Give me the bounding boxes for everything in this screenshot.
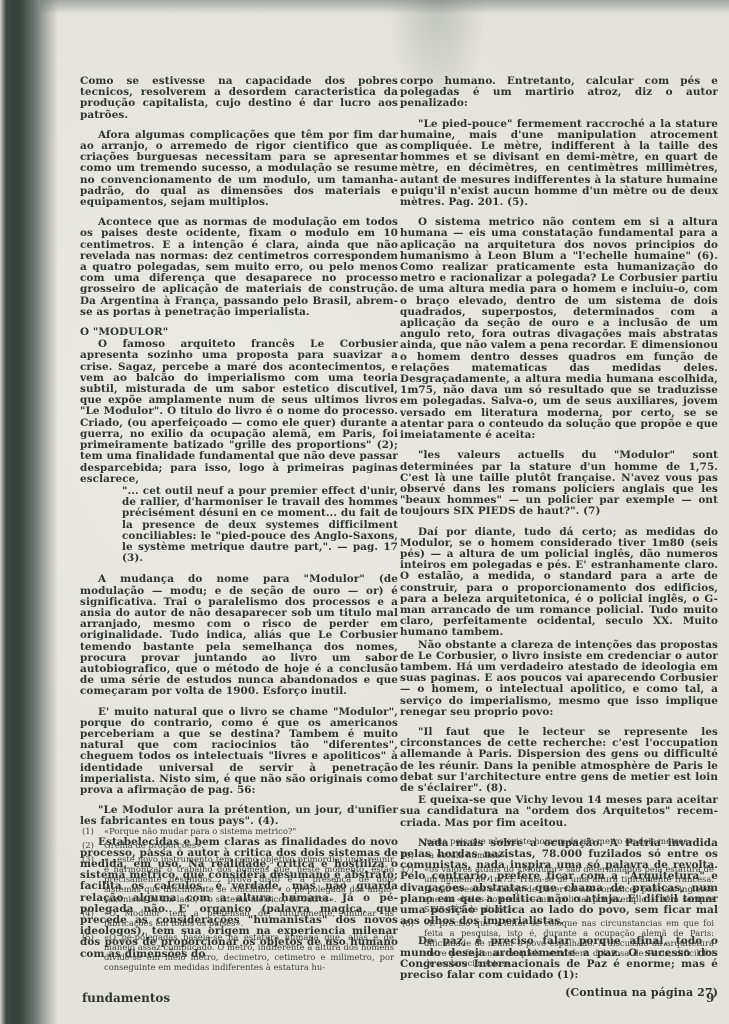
block-quote: "... cet outil neuf a pour premier effec… — [122, 486, 398, 564]
paragraph: O famoso arquiteto francês Le Corbusier … — [80, 339, 398, 485]
paragraph: A mudança do nome para "Modulor" (de mod… — [80, 574, 398, 697]
paragraph: Não obstante a clareza de intenções das … — [400, 640, 718, 718]
paragraph: Como se estivesse na capacidade dos pobr… — [80, 76, 398, 121]
footnotes-right: mana pois que não existe homem de um met… — [402, 836, 714, 972]
paragraph: Daí por diante, tudo dá certo; as medida… — [400, 527, 718, 639]
footnote-continuation: mana pois que não existe homem de um met… — [402, 836, 714, 846]
footnote-text: «...este novo instrumento tem como objet… — [104, 854, 394, 904]
footnote-text: Grelha de proporções». — [104, 840, 394, 850]
footnote-text: «O pé-polegadas baseia-se na estatura hu… — [104, 932, 394, 972]
footnote: (7) «os valores atuais do «Modulor» são … — [402, 864, 714, 914]
block-quote: "Il faut que le lecteur se represente le… — [400, 727, 718, 794]
section-heading: O "MODULOR" — [80, 327, 398, 338]
paragraph: Afora algumas complicações que têm por f… — [80, 130, 398, 208]
publication-name: fundamentos — [82, 991, 170, 1005]
footnote-text: «a escala humana». — [424, 850, 714, 860]
footnote-number: (4) — [82, 908, 104, 928]
footnote-number: (8) — [402, 918, 424, 968]
footnote-number: (2) — [82, 840, 104, 850]
paragraph: O sistema metrico não contem em si a alt… — [400, 217, 718, 441]
paragraph: Acontece que as normas de modulação em t… — [80, 217, 398, 318]
paragraph: E' muito natural que o livro se chame "M… — [80, 707, 398, 797]
footnote: (1) «Porque não mudar para o sistema met… — [82, 826, 394, 836]
footnote: (6) «a escala humana». — [402, 850, 714, 860]
footnote-number: (6) — [402, 850, 424, 860]
binding-shadow — [0, 0, 58, 1024]
footnote-number: (1) — [82, 826, 104, 836]
footnote: (2) Grelha de proporções». — [82, 840, 394, 850]
footnote-text: «É preciso que o leitor se coloque nas c… — [424, 918, 714, 968]
block-quote: "Le Modulor aura la prétention, un jour,… — [80, 805, 398, 827]
footnote-number: (3) — [82, 854, 104, 904]
block-quote: "Le pied-pouce" fermement raccroché a la… — [400, 119, 718, 209]
footnote: (4) «O Modulor tem a pretensão de, futur… — [82, 908, 394, 928]
footnotes-left: (1) «Porque não mudar para o sistema met… — [82, 826, 394, 976]
footnote-number: (5) — [82, 932, 104, 972]
paragraph: E queixa-se que Vichy levou 14 meses par… — [400, 795, 718, 829]
continued-on-page: (Continua na página 27) — [400, 987, 718, 998]
footnote: (8) «É preciso que o leitor se coloque n… — [402, 918, 714, 968]
page-number: 9 — [706, 991, 714, 1005]
block-quote: "les valeurs actuells du "Modulor" sont … — [400, 450, 718, 517]
footnote-number: (7) — [402, 864, 424, 914]
paragraph: corpo humano. Entretanto, calcular com p… — [400, 76, 718, 110]
footnote-text: «os valores atuais do «Modulor» são dete… — [424, 864, 714, 914]
top-edge-shadow — [40, 0, 729, 14]
footnote: (5) «O pé-polegadas baseia-se na estatur… — [82, 932, 394, 972]
footnote: (3) «...este novo instrumento tem como o… — [82, 854, 394, 904]
footnote-text: «O Modulor tem a pretensão de, futuramen… — [104, 908, 394, 928]
footnote-text: «Porque não mudar para o sistema metrico… — [104, 826, 394, 836]
